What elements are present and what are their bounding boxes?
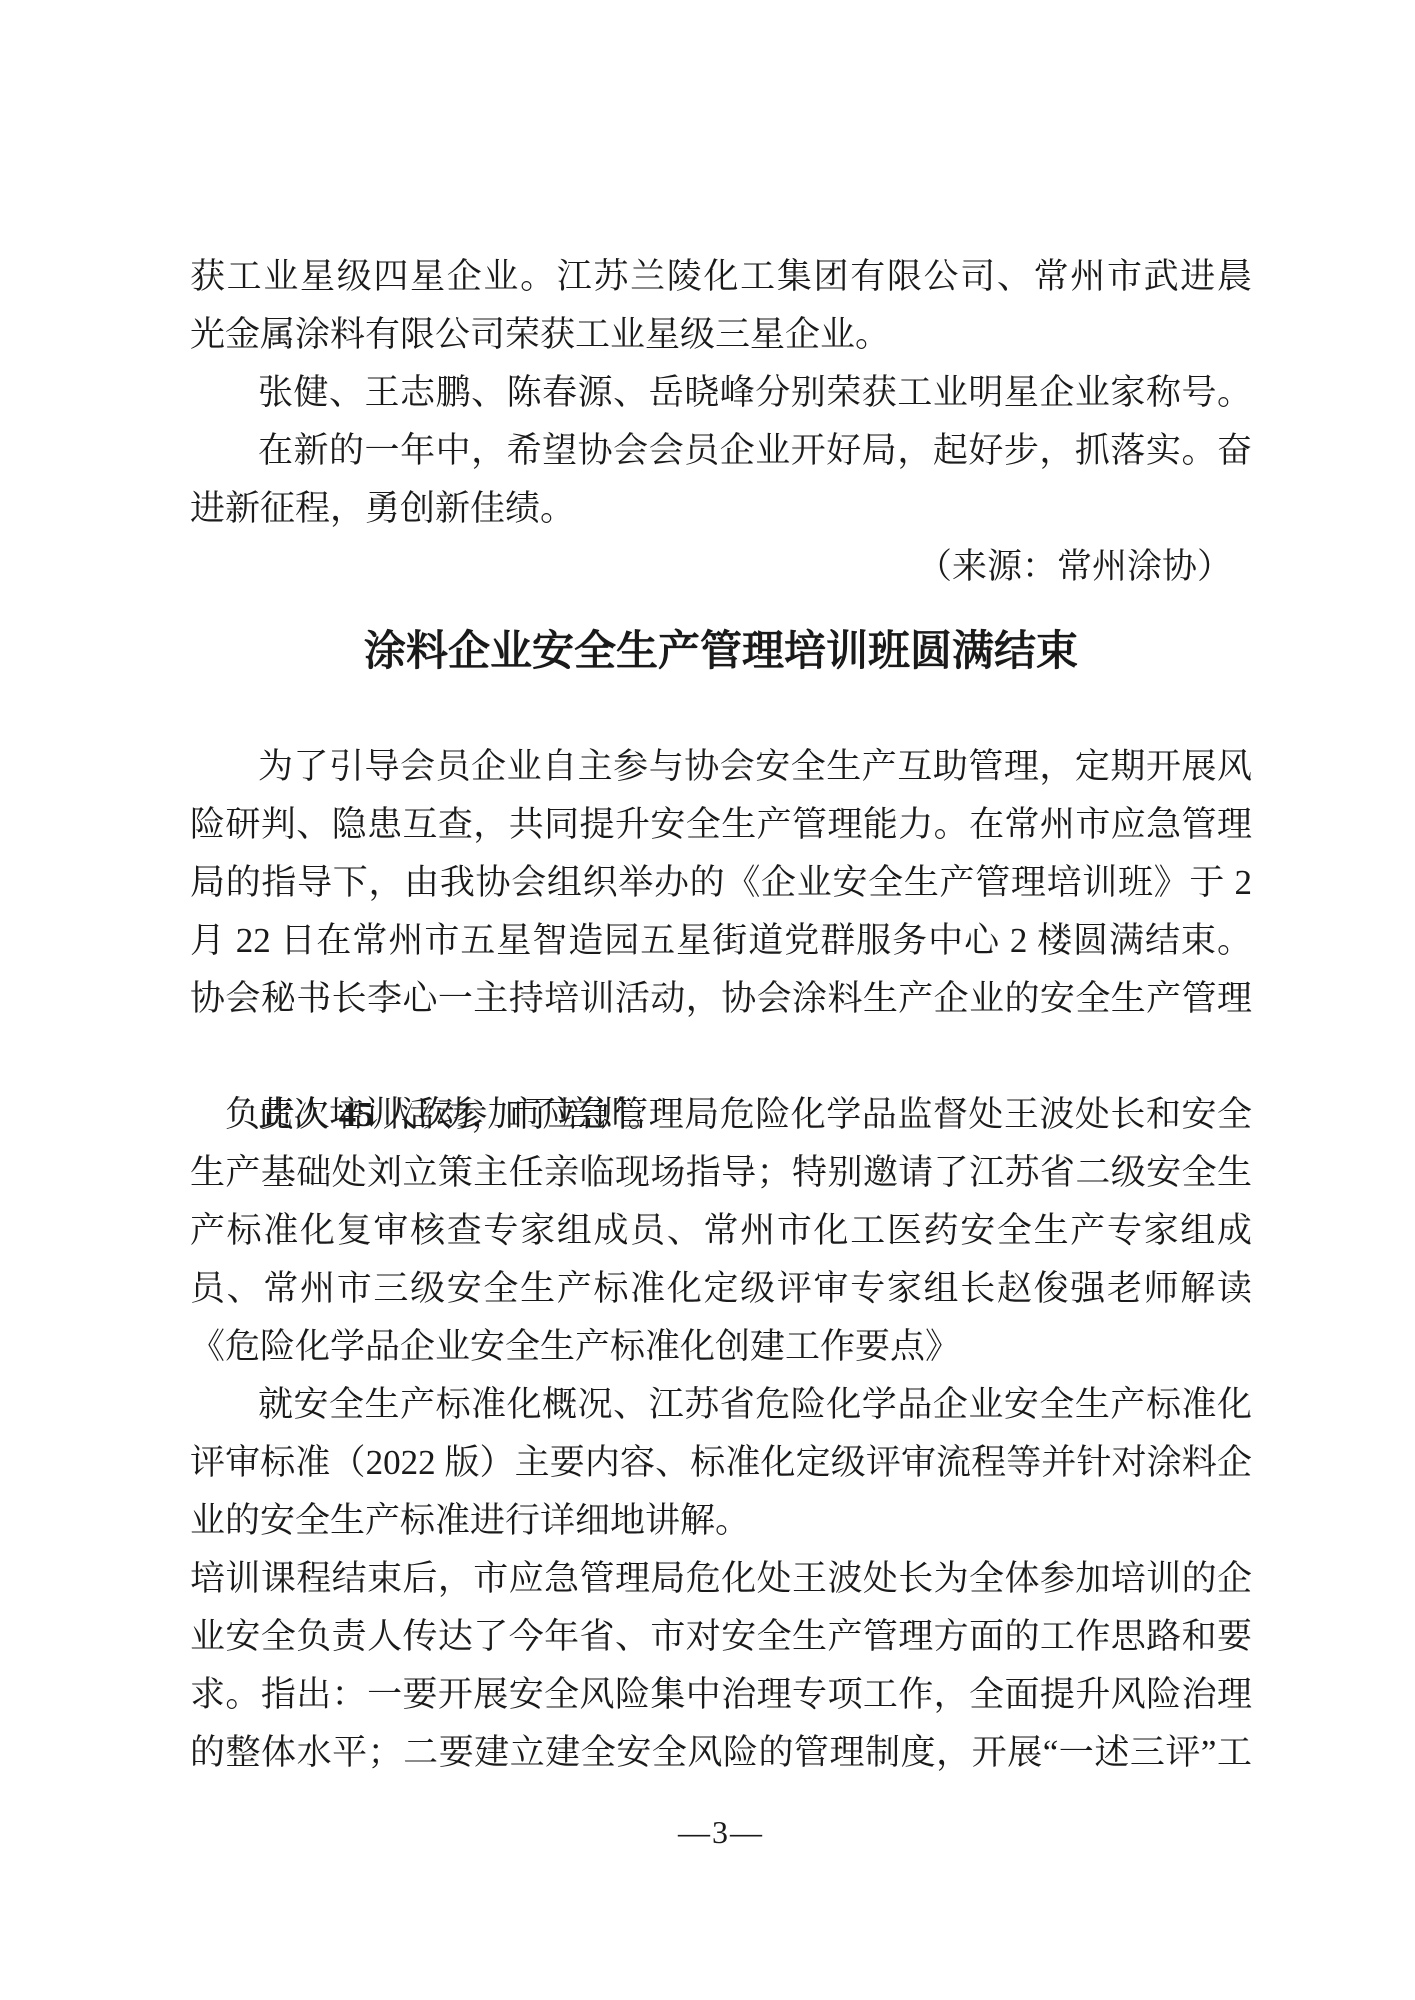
text-line: 培训课程结束后，市应急管理局危化处王波处长为全体参加培训的企 — [190, 1550, 1252, 1608]
source-note: （来源：常州涂协） — [190, 538, 1252, 596]
text-line: 此次培训活动，市应急管理局危险化学品监督处王波处长和安全 — [190, 1086, 1252, 1144]
text-line: 获工业星级四星企业。江苏兰陵化工集团有限公司、常州市武进晨 — [190, 248, 1252, 306]
text-line: 为了引导会员企业自主参与协会安全生产互助管理，定期开展风 — [190, 738, 1252, 796]
text-line: 业的安全生产标准进行详细地讲解。 — [190, 1492, 1252, 1550]
text-line: 局的指导下，由我协会组织举办的《企业安全生产管理培训班》于 2 — [190, 854, 1252, 912]
text-line: 在新的一年中，希望协会会员企业开好局，起好步，抓落实。奋 — [190, 422, 1252, 480]
text-line: 生产基础处刘立策主任亲临现场指导；特别邀请了江苏省二级安全生 — [190, 1144, 1252, 1202]
text-line: 进新征程，勇创新佳绩。 — [190, 480, 1252, 538]
text-line: 评审标准（2022 版）主要内容、标准化定级评审流程等并针对涂料企 — [190, 1434, 1252, 1492]
text-line: 险研判、隐患互查，共同提升安全生产管理能力。在常州市应急管理 — [190, 796, 1252, 854]
text-line: 负责人 45 人次参加了培训。 — [190, 1028, 1252, 1086]
text-line: 光金属涂料有限公司荣获工业星级三星企业。 — [190, 306, 1252, 364]
text-line: 产标准化复审核查专家组成员、常州市化工医药安全生产专家组成 — [190, 1202, 1252, 1260]
text-line: 《危险化学品企业安全生产标准化创建工作要点》 — [190, 1318, 1252, 1376]
text-line: 就安全生产标准化概况、江苏省危险化学品企业安全生产标准化 — [190, 1376, 1252, 1434]
text-line: 协会秘书长李心一主持培训活动，协会涂料生产企业的安全生产管理 — [190, 970, 1252, 1028]
text-line: 求。指出：一要开展安全风险集中治理专项工作，全面提升风险治理 — [190, 1666, 1252, 1724]
article-title: 涂料企业安全生产管理培训班圆满结束 — [190, 620, 1252, 684]
text-line: 张健、王志鹏、陈春源、岳晓峰分别荣获工业明星企业家称号。 — [190, 364, 1252, 422]
text-line: 的整体水平；二要建立建全安全风险的管理制度，开展“一述三评”工 — [190, 1724, 1252, 1782]
text-line: 业安全负责人传达了今年省、市对安全生产管理方面的工作思路和要 — [190, 1608, 1252, 1666]
document-page: 获工业星级四星企业。江苏兰陵化工集团有限公司、常州市武进晨 光金属涂料有限公司荣… — [0, 0, 1415, 2000]
text-line: 员、常州市三级安全生产标准化定级评审专家组长赵俊强老师解读 — [190, 1260, 1252, 1318]
page-number: —3— — [190, 1812, 1252, 1852]
text-line: 月 22 日在常州市五星智造园五星街道党群服务中心 2 楼圆满结束。 — [190, 912, 1252, 970]
